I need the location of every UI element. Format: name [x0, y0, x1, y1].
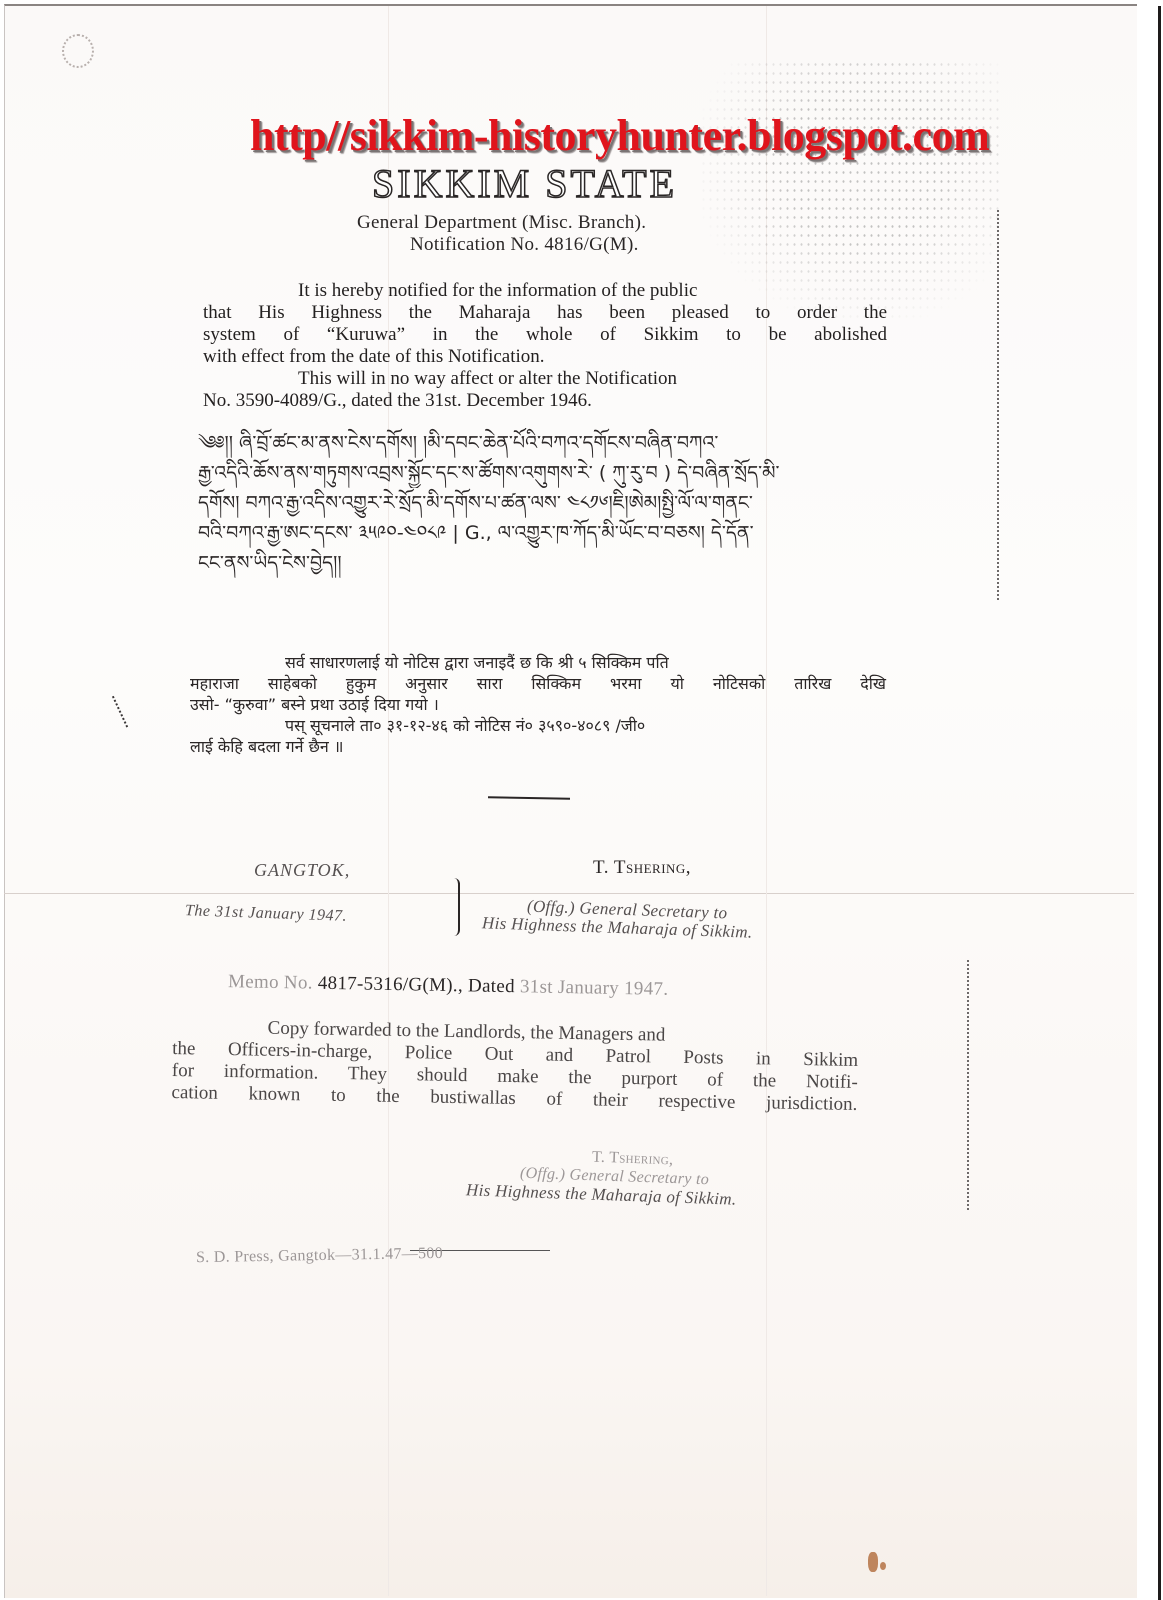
tibetan-line: རྒྱ་འདིའི་ཆོས་ནས་གཏུགས་འབྲས་སྐྱོང་དང་ས་ཚ…	[198, 458, 888, 488]
nepali-notice: सर्व साधारणलाई यो नोटिस द्वारा जनाइदैं छ…	[190, 652, 886, 757]
punch-hole	[62, 34, 94, 68]
notice-line: This will in no way affect or alter the …	[203, 368, 887, 390]
notice-line: No. 3590-4089/G., dated the 31st. Decemb…	[203, 390, 887, 412]
notification-number: Notification No. 4816/G(M).	[410, 234, 639, 256]
copy-border	[995, 210, 999, 600]
signatory-name: T. Tshering,	[593, 857, 691, 879]
department-heading: General Department (Misc. Branch).	[357, 212, 646, 234]
memo-body: Copy forwarded to the Landlords, the Man…	[171, 1016, 858, 1116]
notice-line: with effect from the date of this Notifi…	[203, 346, 887, 368]
tibetan-line: ངང་ནས་ཡིད་ངེས་བྱེད།།	[198, 548, 888, 578]
memo-number: 4817-5316/G(M)., Dated	[318, 973, 515, 997]
fold-line	[4, 893, 1134, 894]
notice-line: that His Highness the Maharaja has been …	[203, 302, 887, 324]
fold-line	[388, 6, 389, 1596]
memo-signatory-name: T. Tshering,	[592, 1149, 674, 1170]
rust-stain	[880, 1562, 886, 1570]
nepali-line: सर्व साधारणलाई यो नोटिस द्वारा जनाइदैं छ…	[190, 652, 886, 673]
tibetan-line: དགོས། བཀའ་རྒྱ་འདིས་འགྱུར་རེ་སྲོད་མི་དགོས…	[198, 488, 888, 518]
tibetan-notice: ༄༅།། ཞི་བྲོ་ཚང་མ་ནས་ངེས་དགོས། །མི་དབང་ཆེ…	[198, 428, 888, 578]
memo-date: 31st January 1947.	[520, 976, 669, 1000]
tibetan-line: ༄༅།། ཞི་བྲོ་ཚང་མ་ནས་ངེས་དགོས། །མི་དབང་ཆེ…	[198, 428, 888, 458]
tibetan-line: བའི་བཀའ་རྒྱ་ཨང་དངས་ ༣༥༩༠-༤༠༨༩ | G., ལ་འག…	[198, 518, 888, 548]
scan-edge	[1158, 6, 1161, 1600]
memo-prefix: Memo No.	[228, 971, 313, 993]
nepali-line: लाई केहि बदला गर्ने छैन ॥	[190, 736, 886, 757]
place-name: GANGTOK,	[254, 860, 350, 881]
nepali-line: उसो- “कुरुवा” बस्ने प्रथा उठाई दिया गयो …	[190, 694, 886, 715]
rust-stain	[868, 1552, 878, 1572]
english-notice: It is hereby notified for the informatio…	[203, 280, 887, 412]
blog-watermark: http//sikkim-historyhunter.blogspot.com	[250, 110, 989, 161]
nepali-line: पस् सूचनाले ता० ३१-१२-४६ को नोटिस नं० ३५…	[190, 715, 886, 736]
page-title: SIKKIM STATE	[372, 160, 677, 207]
brace	[448, 878, 460, 936]
notice-line: It is hereby notified for the informatio…	[203, 280, 887, 302]
copy-border	[965, 960, 969, 1210]
nepali-line: महाराजा साहेबको हुकुम अनुसार सारा सिक्कि…	[190, 673, 886, 694]
notice-line: system of “Kuruwa” in the whole of Sikki…	[203, 324, 887, 346]
